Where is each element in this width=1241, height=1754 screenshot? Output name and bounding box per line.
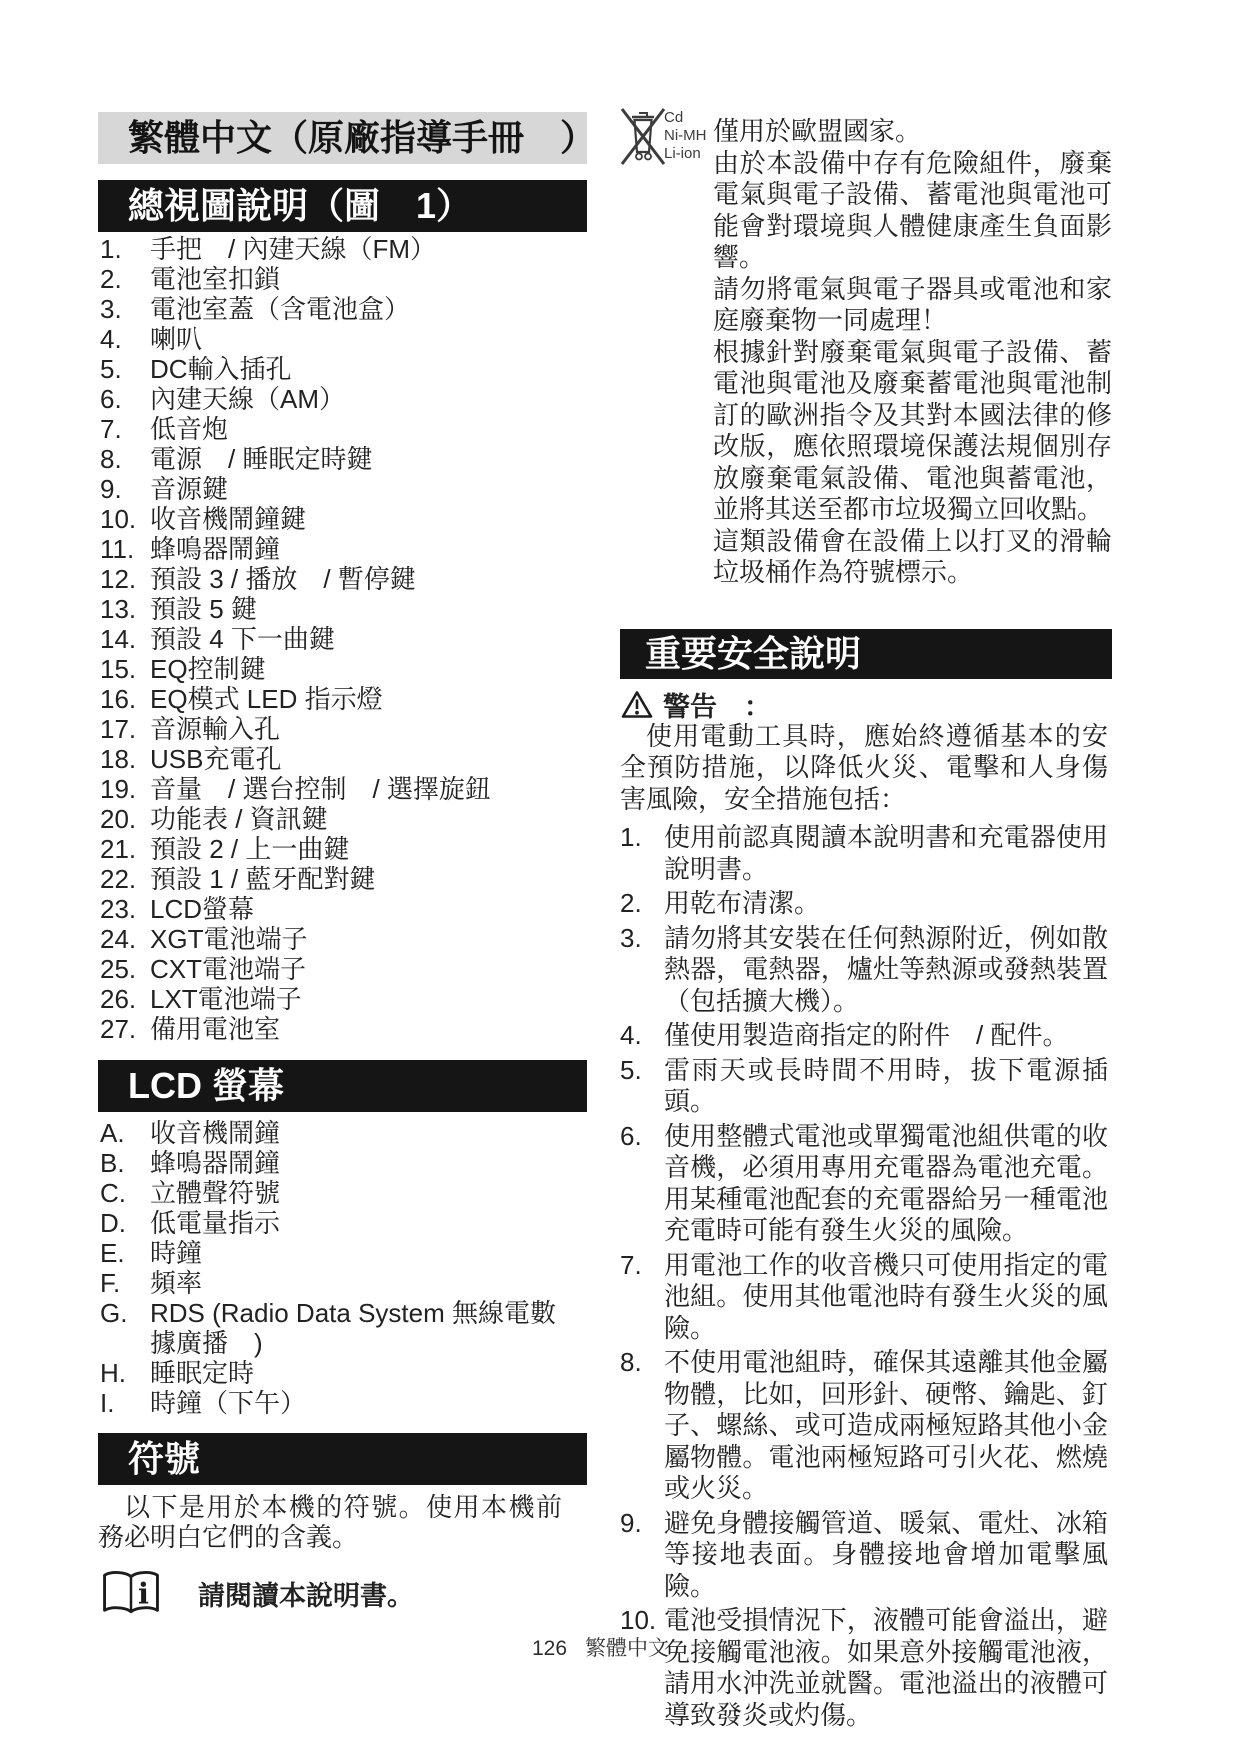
battery-paragraph: 根據針對廢棄電氣與電子設備、蓄電池與電池及廢棄蓄電池與電池制訂的歐洲指令及其對本… xyxy=(713,337,1112,526)
item-letter: A. xyxy=(100,1118,125,1148)
item-number: 8. xyxy=(100,444,122,474)
item-number: 19. xyxy=(100,774,136,804)
overview-list-item: 10. 收音機鬧鐘鍵 xyxy=(98,504,562,534)
item-text: 電池室扣鎖 xyxy=(150,264,280,294)
item-text: 立體聲符號 xyxy=(150,1178,280,1208)
overview-list-item: 2. 電池室扣鎖 xyxy=(98,264,562,294)
overview-list-item: 24. XGT電池端子 xyxy=(98,924,562,954)
overview-list-item: 16. EQ模式 LED 指示燈 xyxy=(98,684,562,714)
item-number: 4. xyxy=(100,324,122,354)
item-letter: B. xyxy=(100,1148,125,1178)
overview-list-item: 22. 預設 1 / 藍牙配對鍵 xyxy=(98,864,562,894)
item-text: 低電量指示 xyxy=(150,1208,280,1238)
item-number: 11. xyxy=(100,534,134,564)
item-text: 僅使用製造商指定的附件 / 配件。 xyxy=(664,1020,1108,1052)
overview-list-item: 19. 音量 / 選台控制 / 選擇旋鈕 xyxy=(98,774,562,804)
footer-language: 繁體中文 xyxy=(585,1637,669,1660)
overview-list-item: 20. 功能表 / 資訊鍵 xyxy=(98,804,562,834)
item-text: 預設 2 / 上一曲鍵 xyxy=(150,834,349,864)
item-text: 請勿將其安裝在任何熱源附近，例如散熱器，電熱器，爐灶等熱源或發熱裝置（包括擴大機… xyxy=(664,923,1108,1018)
item-text: 收音機鬧鐘 xyxy=(150,1118,280,1148)
item-text: 音源輸入孔 xyxy=(150,714,280,744)
overview-list-item: 14. 預設 4 下一曲鍵 xyxy=(98,624,562,654)
lcd-list-item: H. 睡眠定時 xyxy=(98,1358,562,1388)
safety-heading: 重要安全說明 xyxy=(620,629,1112,679)
overview-list-item: 25. CXT電池端子 xyxy=(98,954,562,984)
svg-text:i: i xyxy=(138,1577,149,1611)
lcd-list-item: C. 立體聲符號 xyxy=(98,1178,562,1208)
item-text: 時鐘（下午） xyxy=(150,1388,306,1418)
battery-chemistry-label: Li-ion xyxy=(664,145,707,163)
language-banner: 繁體中文（原廠指導手冊 ） xyxy=(98,112,587,164)
item-number: 9. xyxy=(100,474,122,504)
safety-list-item: 7. 用電池工作的收音機只可使用指定的電池組。使用其他電池時有發生火災的風險。 xyxy=(620,1250,1108,1345)
item-text: 時鐘 xyxy=(150,1238,202,1268)
manual-page: 繁體中文（原廠指導手冊 ） 總視圖說明（圖 1） 1. 手把 / 內建天線（FM… xyxy=(0,0,1241,1754)
item-letter: G. xyxy=(100,1298,127,1328)
item-number: 24. xyxy=(100,924,136,954)
warning-label: 警告 ： xyxy=(663,685,771,724)
item-text: 蜂鳴器鬧鐘 xyxy=(150,1148,280,1178)
item-number: 23. xyxy=(100,894,136,924)
overview-list-item: 9. 音源鍵 xyxy=(98,474,562,504)
overview-list-item: 5. DC輸入插孔 xyxy=(98,354,562,384)
item-number: 7. xyxy=(620,1250,642,1282)
item-letter: E. xyxy=(100,1238,125,1268)
item-number: 12. xyxy=(100,564,136,594)
overview-list-item: 1. 手把 / 內建天線（FM） xyxy=(98,234,562,264)
lcd-list: A. 收音機鬧鐘 B. 蜂鳴器鬧鐘 C. 立體聲符號 D. 低電量指示 xyxy=(98,1118,562,1418)
symbols-intro: 以下是用於本機的符號。使用本機前務必明白它們的含義。 xyxy=(98,1492,562,1552)
item-text: 預設 1 / 藍牙配對鍵 xyxy=(150,864,375,894)
item-text: 不使用電池組時，確保其遠離其他金屬物體，比如，回形針、硬幣、鑰匙、釘子、螺絲、或… xyxy=(664,1347,1108,1505)
battery-paragraphs: 僅用於歐盟國家。 由於本設備中存有危險組件，廢棄電氣與電子設備、蓄電池與電池可能… xyxy=(713,116,1112,589)
overview-list-item: 11. 蜂鳴器鬧鐘 xyxy=(98,534,562,564)
item-number: 18. xyxy=(100,744,136,774)
overview-list-item: 12. 預設 3 / 播放 / 暫停鍵 xyxy=(98,564,562,594)
item-number: 5. xyxy=(620,1055,642,1087)
overview-list-item: 27. 備用電池室 xyxy=(98,1014,562,1044)
safety-list-item: 8. 不使用電池組時，確保其遠離其他金屬物體，比如，回形針、硬幣、鑰匙、釘子、螺… xyxy=(620,1347,1108,1505)
item-text: 用乾布清潔。 xyxy=(664,888,1108,920)
item-letter: D. xyxy=(100,1208,126,1238)
item-text: RDS (Radio Data System 無線電數據廣播 ) xyxy=(150,1298,556,1358)
lcd-list-item: A. 收音機鬧鐘 xyxy=(98,1118,562,1148)
item-text: XGT電池端子 xyxy=(150,924,307,954)
overview-list-item: 8. 電源 / 睡眠定時鍵 xyxy=(98,444,562,474)
overview-list-item: 26. LXT電池端子 xyxy=(98,984,562,1014)
lcd-heading: LCD 螢幕 xyxy=(98,1060,587,1112)
item-number: 7. xyxy=(100,414,122,444)
item-letter: C. xyxy=(100,1178,126,1208)
item-text: 蜂鳴器鬧鐘 xyxy=(150,534,280,564)
item-text: 手把 / 內建天線（FM） xyxy=(150,234,436,264)
item-number: 17. xyxy=(100,714,136,744)
overview-list-item: 18. USB充電孔 xyxy=(98,744,562,774)
lcd-list-item: F. 頻率 xyxy=(98,1268,562,1298)
overview-list-item: 21. 預設 2 / 上一曲鍵 xyxy=(98,834,562,864)
item-text: 電池室蓋（含電池盒） xyxy=(150,294,410,324)
overview-list-item: 17. 音源輸入孔 xyxy=(98,714,562,744)
page-footer: 126繁體中文 xyxy=(0,1632,1241,1662)
left-column: 繁體中文（原廠指導手冊 ） 總視圖說明（圖 1） 1. 手把 / 內建天線（FM… xyxy=(98,112,587,1618)
item-text: 內建天線（AM） xyxy=(150,384,345,414)
battery-disposal-note: Cd Ni-MH Li-ion 僅用於歐盟國家。 由於本設備中存有危險組件，廢棄… xyxy=(620,116,1112,589)
read-manual-book-icon: i xyxy=(100,1568,162,1618)
item-number: 13. xyxy=(100,594,136,624)
item-text: 低音炮 xyxy=(150,414,228,444)
item-number: 15. xyxy=(100,654,136,684)
item-number: 6. xyxy=(100,384,122,414)
warning-row: 警告 ： xyxy=(620,688,1112,721)
item-text: DC輸入插孔 xyxy=(150,354,292,384)
item-text: USB充電孔 xyxy=(150,744,281,774)
battery-paragraph: 由於本設備中存有危險組件，廢棄電氣與電子設備、蓄電池與電池可能會對環境與人體健康… xyxy=(713,148,1112,274)
item-text: LCD螢幕 xyxy=(150,894,254,924)
overview-list-item: 15. EQ控制鍵 xyxy=(98,654,562,684)
right-column: Cd Ni-MH Li-ion 僅用於歐盟國家。 由於本設備中存有危險組件，廢棄… xyxy=(620,116,1112,1734)
item-text: 電源 / 睡眠定時鍵 xyxy=(150,444,372,474)
item-text: 睡眠定時 xyxy=(150,1358,254,1388)
safety-list-item: 2. 用乾布清潔。 xyxy=(620,888,1108,920)
battery-crossed-bin-icon: Cd Ni-MH Li-ion xyxy=(620,106,712,178)
item-text: 用電池工作的收音機只可使用指定的電池組。使用其他電池時有發生火災的風險。 xyxy=(664,1250,1108,1345)
battery-chemistry-label: Cd xyxy=(664,109,707,127)
read-manual-text: 請閱讀本說明書。 xyxy=(198,1574,414,1613)
item-text: 備用電池室 xyxy=(150,1014,280,1044)
item-text: 預設 4 下一曲鍵 xyxy=(150,624,335,654)
item-text: 預設 5 鍵 xyxy=(150,594,257,624)
item-number: 10. xyxy=(100,504,136,534)
item-number: 26. xyxy=(100,984,136,1014)
safety-list-item: 4. 僅使用製造商指定的附件 / 配件。 xyxy=(620,1020,1108,1052)
item-text: 避免身體接觸管道、暖氣、電灶、冰箱等接地表面。身體接地會增加電擊風險。 xyxy=(664,1508,1108,1603)
overview-list-item: 7. 低音炮 xyxy=(98,414,562,444)
item-number: 3. xyxy=(100,294,122,324)
lcd-list-item: B. 蜂鳴器鬧鐘 xyxy=(98,1148,562,1178)
safety-list-item: 10. 電池受損情況下，液體可能會溢出，避免接觸電池液。如果意外接觸電池液，請用… xyxy=(620,1605,1108,1731)
overview-list-item: 4. 喇叭 xyxy=(98,324,562,354)
item-number: 25. xyxy=(100,954,136,984)
battery-chemistry-label: Ni-MH xyxy=(664,127,707,145)
battery-paragraph: 僅用於歐盟國家。 xyxy=(713,116,1112,148)
item-number: 1. xyxy=(100,234,122,264)
item-number: 22. xyxy=(100,864,136,894)
warning-triangle-icon xyxy=(620,689,654,720)
item-number: 6. xyxy=(620,1121,642,1153)
item-text: 使用整體式電池或單獨電池組供電的收音機，必須用專用充電器為電池充電。用某種電池配… xyxy=(664,1121,1108,1247)
item-number: 1. xyxy=(620,822,642,854)
safety-list-item: 5. 雷雨天或長時間不用時，拔下電源插頭。 xyxy=(620,1055,1108,1118)
symbols-heading: 符號 xyxy=(98,1433,587,1485)
item-number: 8. xyxy=(620,1347,642,1379)
overview-list-item: 3. 電池室蓋（含電池盒） xyxy=(98,294,562,324)
safety-list-item: 6. 使用整體式電池或單獨電池組供電的收音機，必須用專用充電器為電池充電。用某種… xyxy=(620,1121,1108,1247)
lcd-list-item: I. 時鐘（下午） xyxy=(98,1388,562,1418)
item-number: 14. xyxy=(100,624,136,654)
safety-list-item: 9. 避免身體接觸管道、暖氣、電灶、冰箱等接地表面。身體接地會增加電擊風險。 xyxy=(620,1508,1108,1603)
overview-list: 1. 手把 / 內建天線（FM） 2. 電池室扣鎖 3. 電池室蓋（含電池盒） … xyxy=(98,234,562,1044)
battery-chemistry-labels: Cd Ni-MH Li-ion xyxy=(664,109,707,163)
item-text: EQ控制鍵 xyxy=(150,654,266,684)
lcd-list-item: G. RDS (Radio Data System 無線電數據廣播 ) xyxy=(98,1298,562,1358)
item-letter: F. xyxy=(100,1268,120,1298)
item-text: 音量 / 選台控制 / 選擇旋鈕 xyxy=(150,774,491,804)
item-text: 雷雨天或長時間不用時，拔下電源插頭。 xyxy=(664,1055,1108,1118)
item-number: 3. xyxy=(620,923,642,955)
item-number: 5. xyxy=(100,354,122,384)
item-letter: I. xyxy=(100,1388,114,1418)
item-text: CXT電池端子 xyxy=(150,954,306,984)
item-text: EQ模式 LED 指示燈 xyxy=(150,684,383,714)
lcd-list-item: E. 時鐘 xyxy=(98,1238,562,1268)
safety-list-item: 1. 使用前認真閱讀本說明書和充電器使用說明書。 xyxy=(620,822,1108,885)
item-text: 音源鍵 xyxy=(150,474,228,504)
battery-paragraph: 請勿將電氣與電子器具或電池和家庭廢棄物一同處理！ xyxy=(713,274,1112,337)
safety-list-item: 3. 請勿將其安裝在任何熱源附近，例如散熱器，電熱器，爐灶等熱源或發熱裝置（包括… xyxy=(620,923,1108,1018)
item-text: 使用前認真閱讀本說明書和充電器使用說明書。 xyxy=(664,822,1108,885)
read-manual-row: i 請閱讀本說明書。 xyxy=(100,1568,587,1618)
overview-list-item: 23. LCD螢幕 xyxy=(98,894,562,924)
item-text: 喇叭 xyxy=(150,324,202,354)
overview-list-item: 6. 內建天線（AM） xyxy=(98,384,562,414)
item-number: 16. xyxy=(100,684,136,714)
item-text: 電池受損情況下，液體可能會溢出，避免接觸電池液。如果意外接觸電池液，請用水沖洗並… xyxy=(664,1605,1108,1731)
item-number: 21. xyxy=(100,834,136,864)
lcd-list-item: D. 低電量指示 xyxy=(98,1208,562,1238)
item-text: 收音機鬧鐘鍵 xyxy=(150,504,306,534)
item-number: 2. xyxy=(620,888,642,920)
item-number: 20. xyxy=(100,804,136,834)
overview-heading: 總視圖說明（圖 1） xyxy=(98,180,587,232)
item-number: 27. xyxy=(100,1014,136,1044)
item-number: 4. xyxy=(620,1020,642,1052)
item-number: 2. xyxy=(100,264,122,294)
item-text: 預設 3 / 播放 / 暫停鍵 xyxy=(150,564,416,594)
warning-intro: 使用電動工具時，應始終遵循基本的安全預防措施，以降低火災、電擊和人身傷害風險，安… xyxy=(620,721,1108,816)
item-text: 頻率 xyxy=(150,1268,202,1298)
battery-paragraph: 這類設備會在設備上以打叉的滑輪垃圾桶作為符號標示。 xyxy=(713,526,1112,589)
item-text: LXT電池端子 xyxy=(150,984,302,1014)
safety-list: 1. 使用前認真閱讀本說明書和充電器使用說明書。 2. 用乾布清潔。 3. 請勿… xyxy=(620,822,1108,1731)
page-number: 126 xyxy=(532,1637,567,1660)
item-number: 9. xyxy=(620,1508,642,1540)
item-letter: H. xyxy=(100,1358,126,1388)
overview-list-item: 13. 預設 5 鍵 xyxy=(98,594,562,624)
item-text: 功能表 / 資訊鍵 xyxy=(150,804,328,834)
